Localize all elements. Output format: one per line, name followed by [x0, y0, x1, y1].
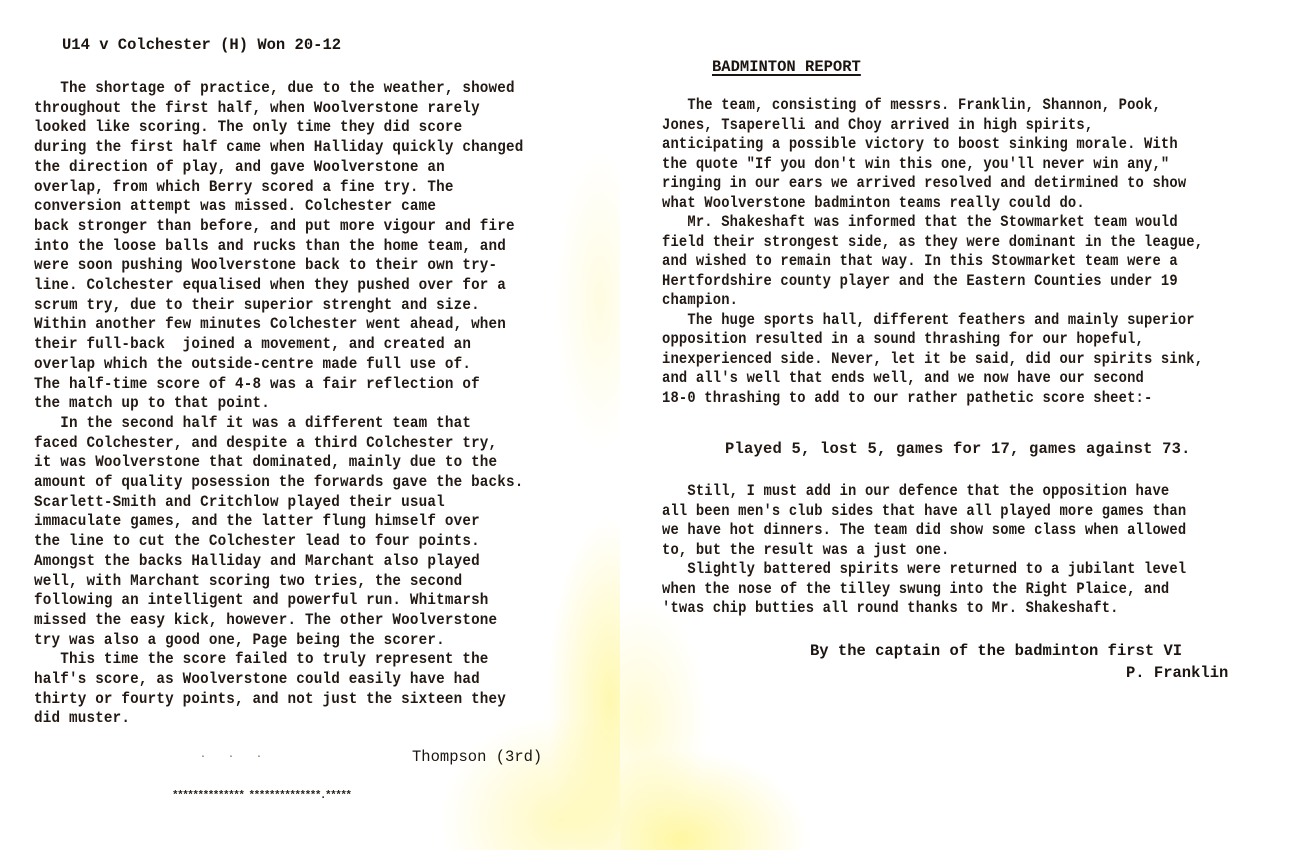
text-line: what Woolverstone badminton teams really…: [662, 194, 1085, 212]
text-line: looked like scoring. The only time they …: [34, 118, 462, 136]
text-line: Slightly battered spirits were returned …: [662, 560, 1186, 578]
text-line: 'twas chip butties all round thanks to M…: [662, 599, 1119, 617]
author-name: P. Franklin: [1126, 664, 1228, 682]
section-separator: ************** **************.*****: [172, 790, 351, 802]
text-line: opposition resulted in a sound thrashing…: [662, 330, 1144, 348]
text-line: back stronger than before, and put more …: [34, 217, 515, 235]
text-line: thirty or fourty points, and not just th…: [34, 690, 506, 708]
text-line: champion.: [662, 291, 738, 309]
text-line: field their strongest side, as they were…: [662, 233, 1203, 251]
text-line: their full-back joined a movement, and c…: [34, 335, 471, 353]
text-line: Still, I must add in our defence that th…: [662, 482, 1169, 500]
text-line: Jones, Tsaperelli and Choy arrived in hi…: [662, 116, 1093, 134]
text-line: scrum try, due to their superior strengh…: [34, 296, 480, 314]
text-line: and all's well that ends well, and we no…: [662, 369, 1144, 387]
text-line: The half-time score of 4-8 was a fair re…: [34, 375, 480, 393]
text-line: into the loose balls and rucks than the …: [34, 237, 506, 255]
text-line: conversion attempt was missed. Colcheste…: [34, 197, 436, 215]
score-summary: Played 5, lost 5, games for 17, games ag…: [725, 440, 1191, 458]
text-line: the quote "If you don't win this one, yo…: [662, 155, 1169, 173]
text-line: line. Colchester equalised when they pus…: [34, 276, 506, 294]
text-line: well, with Marchant scoring two tries, t…: [34, 572, 462, 590]
match-title: U14 v Colchester (H) Won 20-12: [62, 36, 341, 54]
text-line: In the second half it was a different te…: [34, 414, 471, 432]
text-line: were soon pushing Woolverstone back to t…: [34, 256, 497, 274]
text-line: 18-0 thrashing to add to our rather path…: [662, 389, 1152, 407]
text-line: to, but the result was a just one.: [662, 541, 950, 559]
text-line: ringing in our ears we arrived resolved …: [662, 174, 1186, 192]
match-report-signature: Thompson (3rd): [412, 748, 542, 766]
text-line: Hertfordshire county player and the East…: [662, 272, 1178, 290]
text-line: overlap which the outside-centre made fu…: [34, 355, 471, 373]
byline: By the captain of the badminton first VI: [810, 642, 1182, 660]
badminton-report-title: BADMINTON REPORT: [712, 58, 861, 76]
text-line: during the first half came when Halliday…: [34, 138, 524, 156]
text-line: missed the easy kick, however. The other…: [34, 611, 497, 629]
text-line: immaculate games, and the latter flung h…: [34, 512, 480, 530]
text-line: Mr. Shakeshaft was informed that the Sto…: [662, 213, 1178, 231]
text-line: The team, consisting of messrs. Franklin…: [662, 96, 1161, 114]
text-line: the direction of play, and gave Woolvers…: [34, 158, 445, 176]
right-page: BADMINTON REPORT The team, consisting of…: [620, 0, 1300, 850]
text-line: faced Colchester, and despite a third Co…: [34, 434, 497, 452]
text-line: inexperienced side. Never, let it be sai…: [662, 350, 1203, 368]
text-line: did muster.: [34, 709, 130, 727]
text-line: amount of quality posession the forwards…: [34, 473, 524, 491]
text-line: we have hot dinners. The team did show s…: [662, 521, 1186, 539]
text-line: the match up to that point.: [34, 394, 270, 412]
text-line: anticipating a possible victory to boost…: [662, 135, 1178, 153]
text-line: try was also a good one, Page being the …: [34, 631, 445, 649]
text-line: and wished to remain that way. In this S…: [662, 252, 1178, 270]
text-line: it was Woolverstone that dominated, main…: [34, 453, 497, 471]
text-line: overlap, from which Berry scored a fine …: [34, 178, 454, 196]
text-line: when the nose of the tilley swung into t…: [662, 580, 1169, 598]
text-line: following an intelligent and powerful ru…: [34, 591, 489, 609]
text-line: all been men's club sides that have all …: [662, 502, 1186, 520]
left-page: U14 v Colchester (H) Won 20-12 The short…: [0, 0, 620, 850]
text-line: Amongst the backs Halliday and Marchant …: [34, 552, 480, 570]
text-line: The shortage of practice, due to the wea…: [34, 79, 515, 97]
text-line: throughout the first half, when Woolvers…: [34, 99, 480, 117]
text-line: the line to cut the Colchester lead to f…: [34, 532, 480, 550]
text-line: half's score, as Woolverstone could easi…: [34, 670, 480, 688]
text-line: The huge sports hall, different feathers…: [662, 311, 1195, 329]
text-line: Within another few minutes Colchester we…: [34, 315, 506, 333]
text-line: This time the score failed to truly repr…: [34, 650, 489, 668]
text-line: Scarlett-Smith and Critchlow played thei…: [34, 493, 445, 511]
specks: · · ·: [200, 752, 270, 763]
